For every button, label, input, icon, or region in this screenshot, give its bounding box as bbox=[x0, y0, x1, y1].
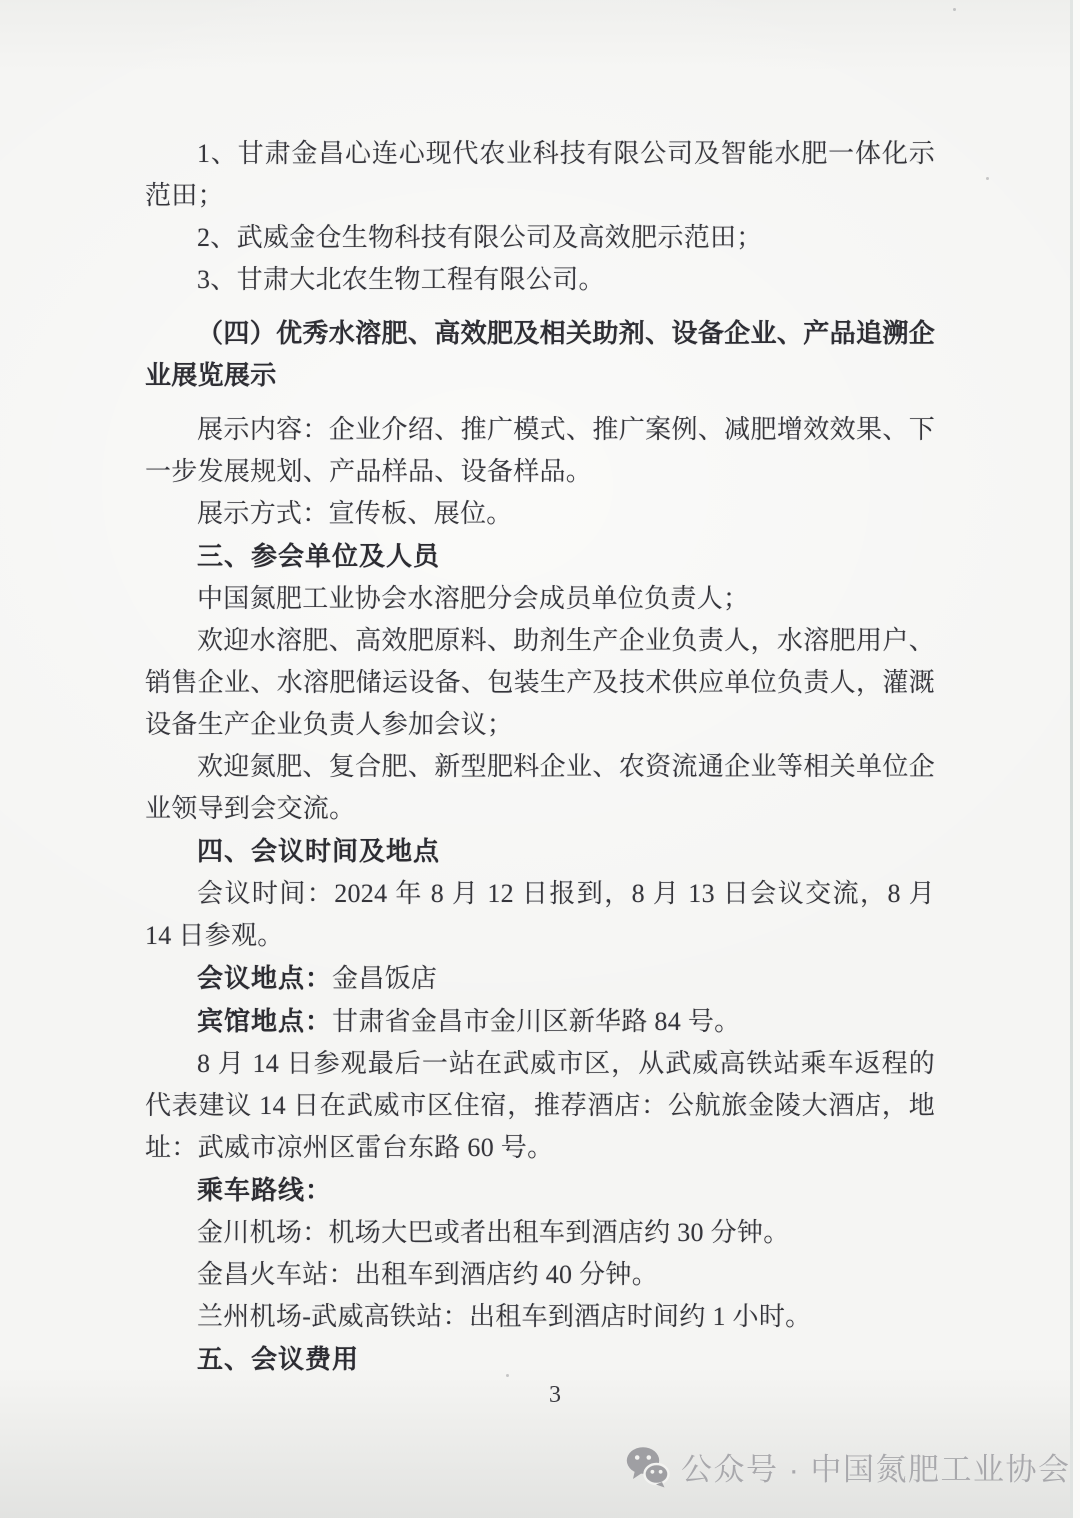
paragraph: 8 月 14 日参观最后一站在武威市区，从武威高铁站乘车返程的代表建议 14 日… bbox=[145, 1043, 935, 1169]
watermark-text: 公众号 · 中国氮肥工业协会 bbox=[681, 1444, 1071, 1489]
paragraph-text: 3、甘肃大北农生物工程有限公司。 bbox=[197, 265, 605, 294]
paragraph: 乘车路线： bbox=[145, 1169, 935, 1212]
heading-text: 三、参会单位及人员 bbox=[197, 541, 440, 571]
paragraph: 四、会议时间及地点 bbox=[145, 830, 935, 873]
paragraph-text: 欢迎氮肥、复合肥、新型肥料企业、农资流通企业等相关单位企业领导到会交流。 bbox=[145, 752, 935, 823]
paragraph: 展示内容：企业介绍、推广模式、推广案例、减肥增效效果、下一步发展规划、产品样品、… bbox=[145, 409, 935, 493]
heading-text: 五、会议费用 bbox=[197, 1344, 359, 1374]
paragraph-text: 2、武威金仓生物科技有限公司及高效肥示范田； bbox=[197, 223, 763, 252]
scan-noise-dot bbox=[506, 1374, 509, 1377]
paragraph-text: 会议时间：2024 年 8 月 12 日报到，8 月 13 日会议交流，8 月 … bbox=[145, 879, 935, 950]
heading-text: 宾馆地点： bbox=[197, 1006, 332, 1036]
document-page: 1、甘肃金昌心连心现代农业科技有限公司及智能水肥一体化示范田；2、武威金仓生物科… bbox=[0, 0, 1080, 1518]
paragraph: 五、会议费用 bbox=[145, 1338, 935, 1381]
paragraph-text: 8 月 14 日参观最后一站在武威市区，从武威高铁站乘车返程的代表建议 14 日… bbox=[145, 1049, 935, 1162]
paragraph-text: 金川机场：机场大巴或者出租车到酒店约 30 分钟。 bbox=[197, 1218, 790, 1247]
paragraph-text: 1、甘肃金昌心连心现代农业科技有限公司及智能水肥一体化示范田； bbox=[145, 139, 935, 210]
paragraph: 金昌火车站：出租车到酒店约 40 分钟。 bbox=[145, 1254, 935, 1296]
paragraph: （四）优秀水溶肥、高效肥及相关助剂、设备企业、产品追溯企业展览展示 bbox=[145, 313, 935, 397]
paragraph: 三、参会单位及人员 bbox=[145, 535, 935, 578]
paragraph-text: 欢迎水溶肥、高效肥原料、助剂生产企业负责人，水溶肥用户、销售企业、水溶肥储运设备… bbox=[145, 626, 935, 739]
heading-text: （四）优秀水溶肥、高效肥及相关助剂、设备企业、产品追溯企业展览展示 bbox=[145, 319, 935, 390]
wechat-icon bbox=[626, 1446, 670, 1488]
paragraph: 金川机场：机场大巴或者出租车到酒店约 30 分钟。 bbox=[145, 1212, 935, 1254]
heading-text: 四、会议时间及地点 bbox=[197, 836, 440, 866]
paragraph: 兰州机场-武威高铁站：出租车到酒店时间约 1 小时。 bbox=[145, 1296, 935, 1338]
paragraph: 会议时间：2024 年 8 月 12 日报到，8 月 13 日会议交流，8 月 … bbox=[145, 873, 935, 957]
paragraph-text: 展示方式：宣传板、展位。 bbox=[197, 499, 513, 528]
heading-text: 乘车路线： bbox=[197, 1175, 332, 1205]
page-edge-strip bbox=[1073, 0, 1080, 1518]
paragraph: 会议地点：金昌饭店 bbox=[145, 957, 935, 1000]
paragraph: 1、甘肃金昌心连心现代农业科技有限公司及智能水肥一体化示范田； bbox=[145, 133, 935, 217]
paragraph-text: 甘肃省金昌市金川区新华路 84 号。 bbox=[332, 1007, 740, 1036]
paragraph: 宾馆地点：甘肃省金昌市金川区新华路 84 号。 bbox=[145, 1000, 935, 1043]
scan-noise-dot bbox=[953, 8, 956, 11]
footer-watermark: 公众号 · 中国氮肥工业协会 bbox=[626, 1444, 1071, 1489]
paragraph-text: 金昌饭店 bbox=[332, 964, 437, 993]
paragraph: 欢迎氮肥、复合肥、新型肥料企业、农资流通企业等相关单位企业领导到会交流。 bbox=[145, 746, 935, 830]
content-area: 1、甘肃金昌心连心现代农业科技有限公司及智能水肥一体化示范田；2、武威金仓生物科… bbox=[145, 133, 935, 1381]
scan-noise-dot bbox=[986, 177, 989, 180]
paragraph: 中国氮肥工业协会水溶肥分会成员单位负责人； bbox=[145, 578, 935, 620]
paragraph-text: 兰州机场-武威高铁站：出租车到酒店时间约 1 小时。 bbox=[197, 1302, 811, 1331]
paragraph-text: 展示内容：企业介绍、推广模式、推广案例、减肥增效效果、下一步发展规划、产品样品、… bbox=[145, 415, 935, 486]
paragraph: 欢迎水溶肥、高效肥原料、助剂生产企业负责人，水溶肥用户、销售企业、水溶肥储运设备… bbox=[145, 620, 935, 746]
paragraph-text: 中国氮肥工业协会水溶肥分会成员单位负责人； bbox=[197, 584, 749, 613]
paragraph: 2、武威金仓生物科技有限公司及高效肥示范田； bbox=[145, 217, 935, 259]
heading-text: 会议地点： bbox=[197, 963, 332, 993]
paragraph-text: 金昌火车站：出租车到酒店约 40 分钟。 bbox=[197, 1260, 658, 1289]
paragraph: 展示方式：宣传板、展位。 bbox=[145, 493, 935, 535]
page-edge-line bbox=[1070, 0, 1073, 1518]
page-number: 3 bbox=[160, 1382, 950, 1409]
paragraph: 3、甘肃大北农生物工程有限公司。 bbox=[145, 259, 935, 301]
